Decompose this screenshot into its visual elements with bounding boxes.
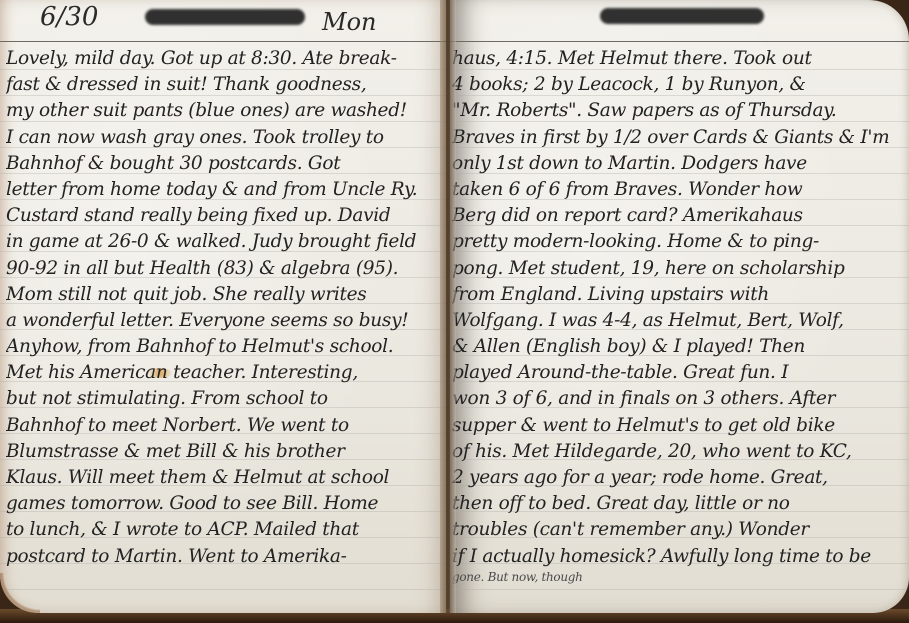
text-line: Bahnhof & bought 30 postcards. Got <box>6 151 442 177</box>
book-gutter <box>440 0 456 613</box>
right-page: haus, 4:15. Met Helmut there. Took out 4… <box>450 0 909 613</box>
text-line: then off to bed. Great day, little or no <box>452 491 904 517</box>
text-line: only 1st down to Martin. Dodgers have <box>452 151 904 177</box>
text-line: fast & dressed in suit! Thank goodness, <box>6 72 442 98</box>
text-line: played Around-the-table. Great fun. I <box>452 360 904 386</box>
left-page: 6/30 Mon Lovely, mild day. Got up at 8:3… <box>0 0 446 613</box>
text-line: but not stimulating. From school to <box>6 386 442 412</box>
text-line: pretty modern-looking. Home & to ping- <box>452 229 904 255</box>
text-line: 4 books; 2 by Leacock, 1 by Runyon, & <box>452 72 904 98</box>
text-line: in game at 26-0 & walked. Judy brought f… <box>6 229 442 255</box>
redacted-month-header <box>600 8 764 24</box>
redacted-month-header <box>145 9 305 25</box>
text-line: won 3 of 6, and in finals on 3 others. A… <box>452 386 904 412</box>
left-page-text: Lovely, mild day. Got up at 8:30. Ate br… <box>6 46 442 570</box>
text-line: Mom still not quit job. She really write… <box>6 282 442 308</box>
corner-wear <box>0 573 40 613</box>
text-line: gone. But now, though <box>452 570 904 584</box>
entry-date: 6/30 <box>40 2 98 32</box>
text-line: if I actually homesick? Awfully long tim… <box>452 544 904 570</box>
text-line: from England. Living upstairs with <box>452 282 904 308</box>
entry-weekday: Mon <box>322 8 376 36</box>
text-line: Blumstrasse & met Bill & his brother <box>6 439 442 465</box>
diary-notebook: 6/30 Mon Lovely, mild day. Got up at 8:3… <box>0 0 909 623</box>
text-line: of his. Met Hildegarde, 20, who went to … <box>452 439 904 465</box>
text-line: Klaus. Will meet them & Helmut at school <box>6 465 442 491</box>
right-page-text: haus, 4:15. Met Helmut there. Took out 4… <box>452 46 904 584</box>
text-line: Wolfgang. I was 4-4, as Helmut, Bert, Wo… <box>452 308 904 334</box>
text-line: Berg did on report card? Amerikahaus <box>452 203 904 229</box>
text-line: Anyhow, from Bahnhof to Helmut's school. <box>6 334 442 360</box>
text-line: Bahnhof to meet Norbert. We went to <box>6 413 442 439</box>
text-line: a wonderful letter. Everyone seems so bu… <box>6 308 442 334</box>
text-line: "Mr. Roberts". Saw papers as of Thursday… <box>452 98 904 124</box>
text-line: letter from home today & and from Uncle … <box>6 177 442 203</box>
text-line: supper & went to Helmut's to get old bik… <box>452 413 904 439</box>
text-line: 2 years ago for a year; rode home. Great… <box>452 465 904 491</box>
text-line: & Allen (English boy) & I played! Then <box>452 334 904 360</box>
text-line: Braves in first by 1/2 over Cards & Gian… <box>452 125 904 151</box>
text-line: pong. Met student, 19, here on scholarsh… <box>452 256 904 282</box>
text-line: games tomorrow. Good to see Bill. Home <box>6 491 442 517</box>
text-line: Lovely, mild day. Got up at 8:30. Ate br… <box>6 46 442 72</box>
text-line: Custard stand really being fixed up. Dav… <box>6 203 442 229</box>
text-line: 90-92 in all but Health (83) & algebra (… <box>6 256 442 282</box>
text-line: Met his American teacher. Interesting, <box>6 360 442 386</box>
header-rule <box>450 41 909 42</box>
text-line: I can now wash gray ones. Took trolley t… <box>6 125 442 151</box>
text-line: postcard to Martin. Went to Amerika- <box>6 544 442 570</box>
text-line: to lunch, & I wrote to ACP. Mailed that <box>6 517 442 543</box>
text-line: troubles (can't remember any.) Wonder <box>452 517 904 543</box>
header-rule <box>0 41 446 42</box>
text-line: taken 6 of 6 from Braves. Wonder how <box>452 177 904 203</box>
text-line: my other suit pants (blue ones) are wash… <box>6 98 442 124</box>
text-line: haus, 4:15. Met Helmut there. Took out <box>452 46 904 72</box>
